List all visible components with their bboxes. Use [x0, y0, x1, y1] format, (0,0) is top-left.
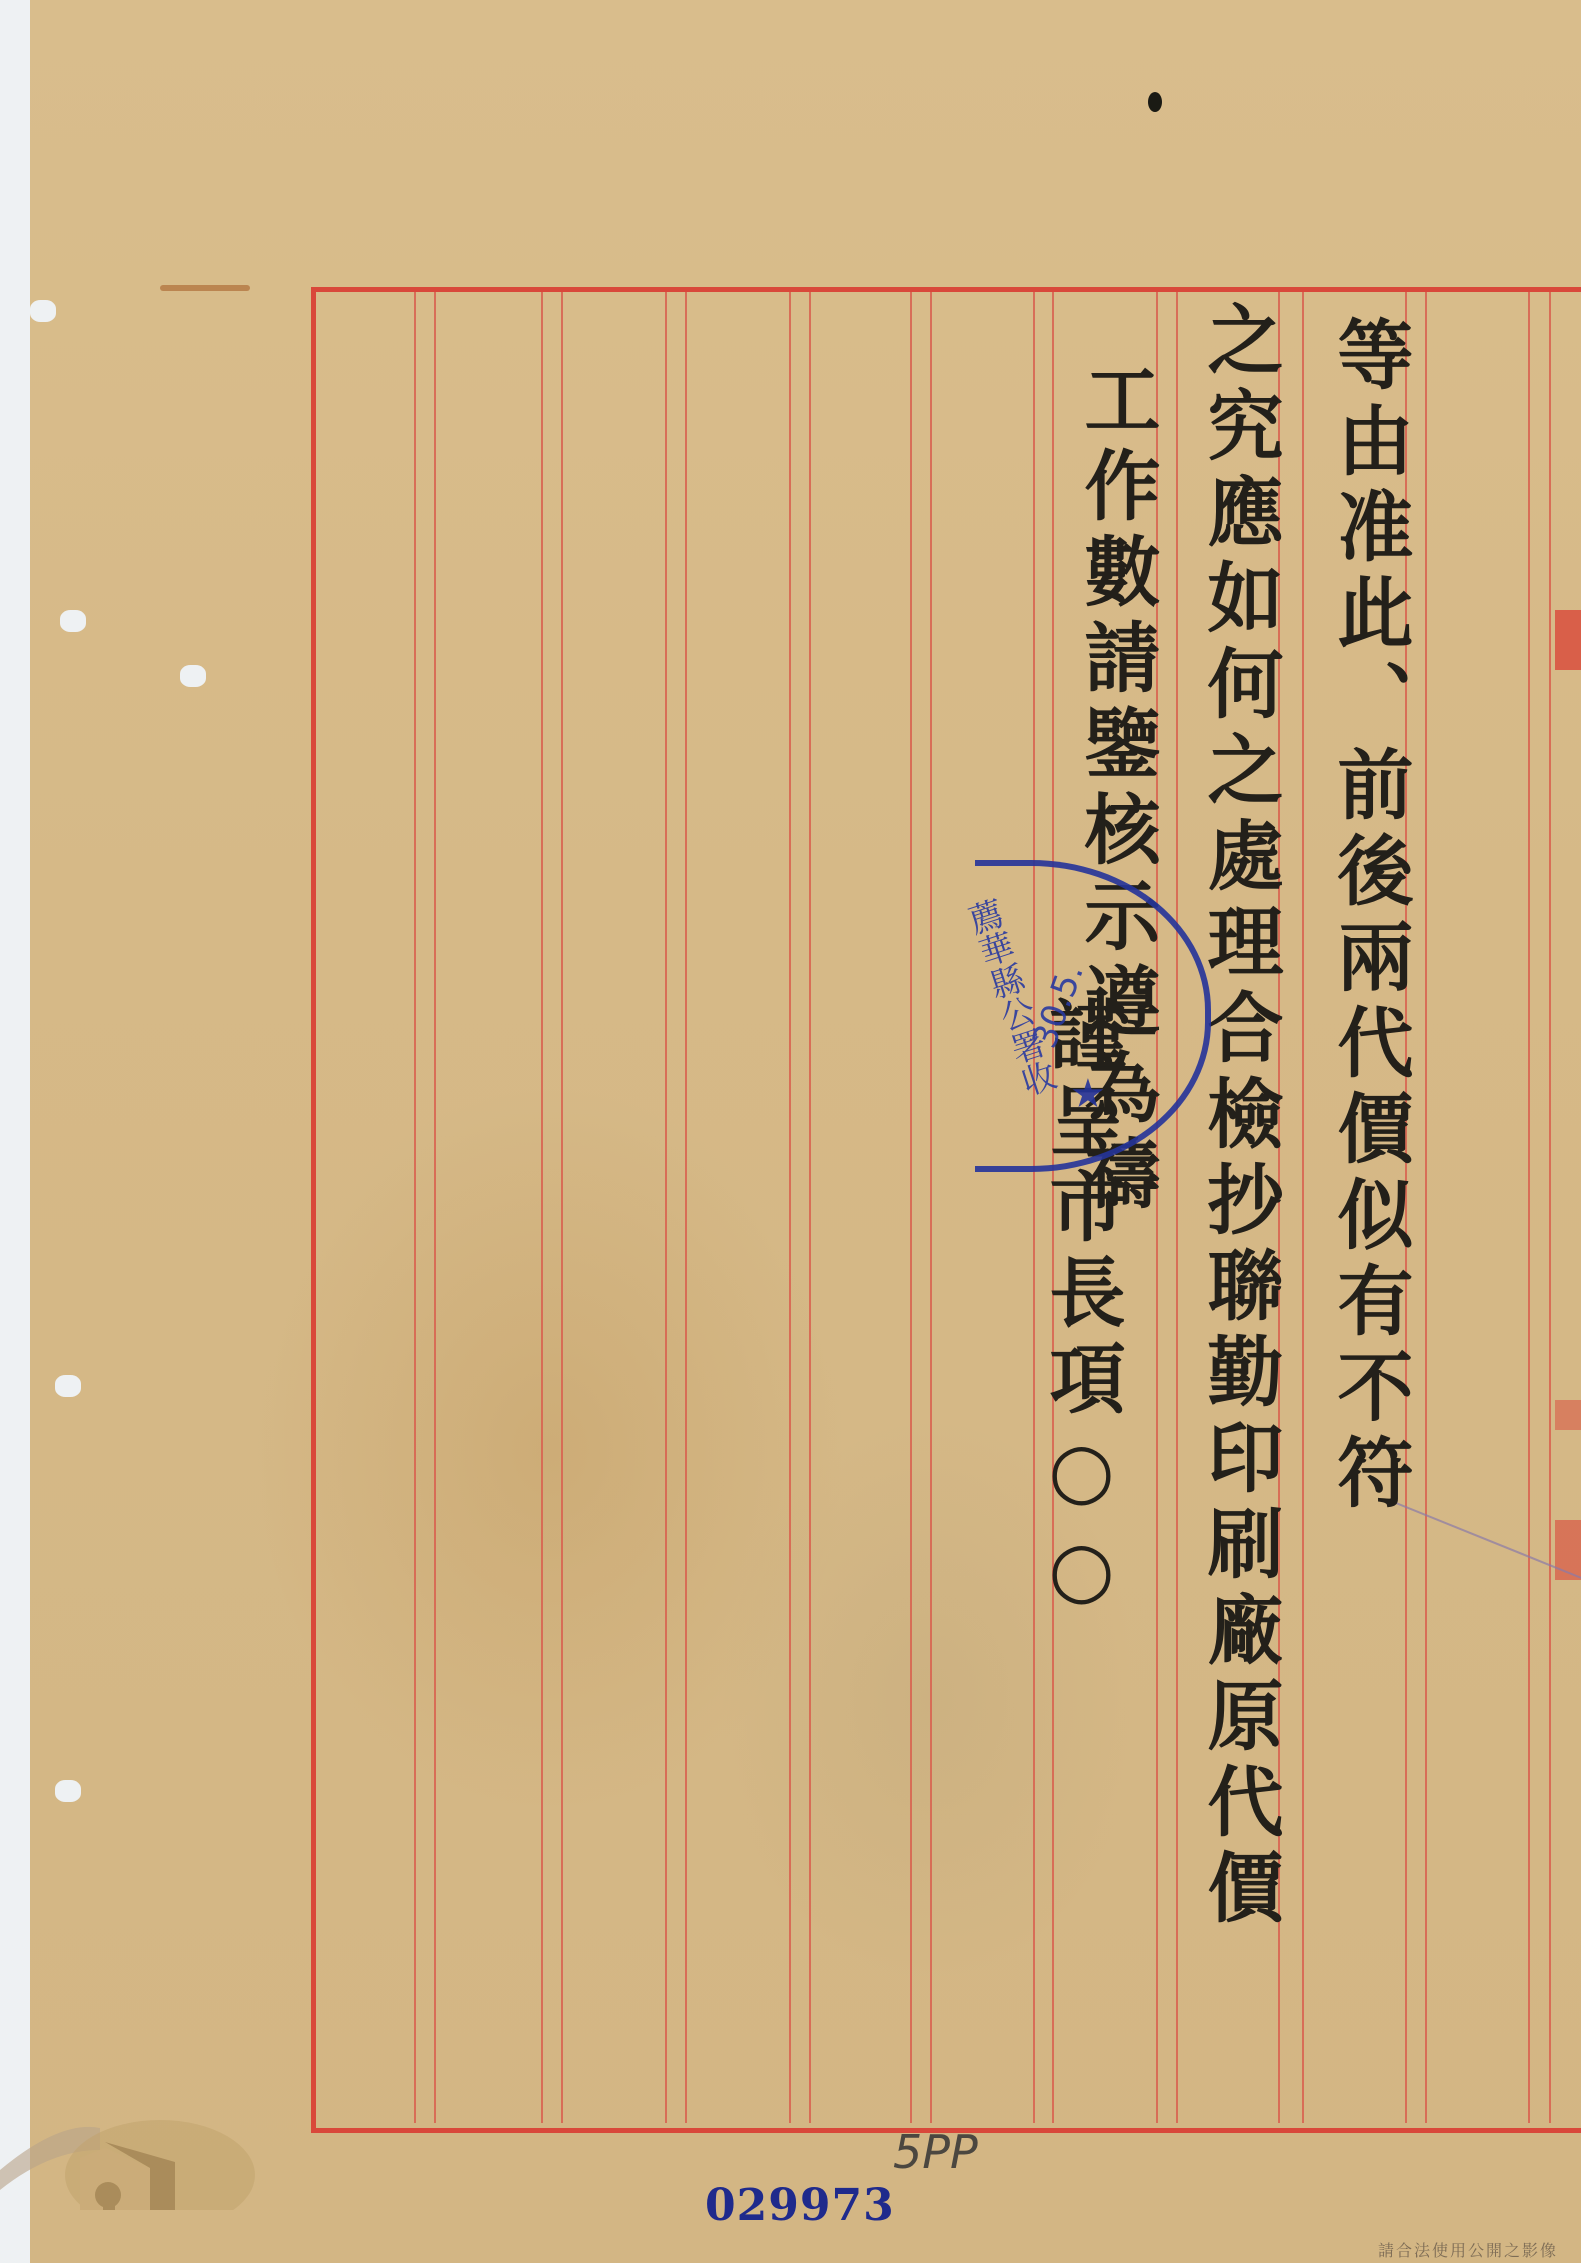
red-edge-mark	[1555, 1400, 1581, 1430]
grid-line	[1549, 292, 1551, 2123]
column-text: 等由准此、前後兩代價似有不符	[1324, 315, 1414, 1519]
text-column-2: 之究應如何之處理合檢抄聯勤印刷廠原代價	[1188, 300, 1284, 1934]
paper-tear	[55, 1375, 81, 1397]
grid-line	[789, 292, 791, 2123]
grid-line	[665, 292, 667, 2123]
grid-line	[930, 292, 932, 2123]
grid-line	[1302, 292, 1304, 2123]
grid-line	[1176, 292, 1178, 2123]
red-edge-mark	[1555, 610, 1581, 670]
archive-book-keyhole-logo-icon	[0, 2060, 260, 2210]
grid-line	[809, 292, 811, 2123]
grid-line	[1528, 292, 1530, 2123]
text-column-1: 等由准此、前後兩代價似有不符	[1318, 315, 1414, 1519]
rust-stain	[160, 285, 250, 291]
grid-line	[561, 292, 563, 2123]
paper-tear	[30, 300, 56, 322]
paper-tear	[180, 665, 206, 687]
watermark-caption: 請合法使用公開之影像	[1378, 2238, 1558, 2261]
paper-tear	[60, 610, 86, 632]
column-text: 之究應如何之處理合檢抄聯勤印刷廠原代價	[1194, 300, 1284, 1934]
grid-line	[685, 292, 687, 2123]
grid-line	[1425, 292, 1427, 2123]
pencil-annotation: 5PP	[893, 2125, 978, 2179]
grid-line	[541, 292, 543, 2123]
grid-line	[910, 292, 912, 2123]
serial-number: 029973	[705, 2180, 895, 2231]
ink-spot	[1148, 92, 1162, 112]
grid-line	[434, 292, 436, 2123]
paper-tear	[55, 1780, 81, 1802]
star-icon: ★	[1070, 1071, 1106, 1117]
grid-line	[414, 292, 416, 2123]
